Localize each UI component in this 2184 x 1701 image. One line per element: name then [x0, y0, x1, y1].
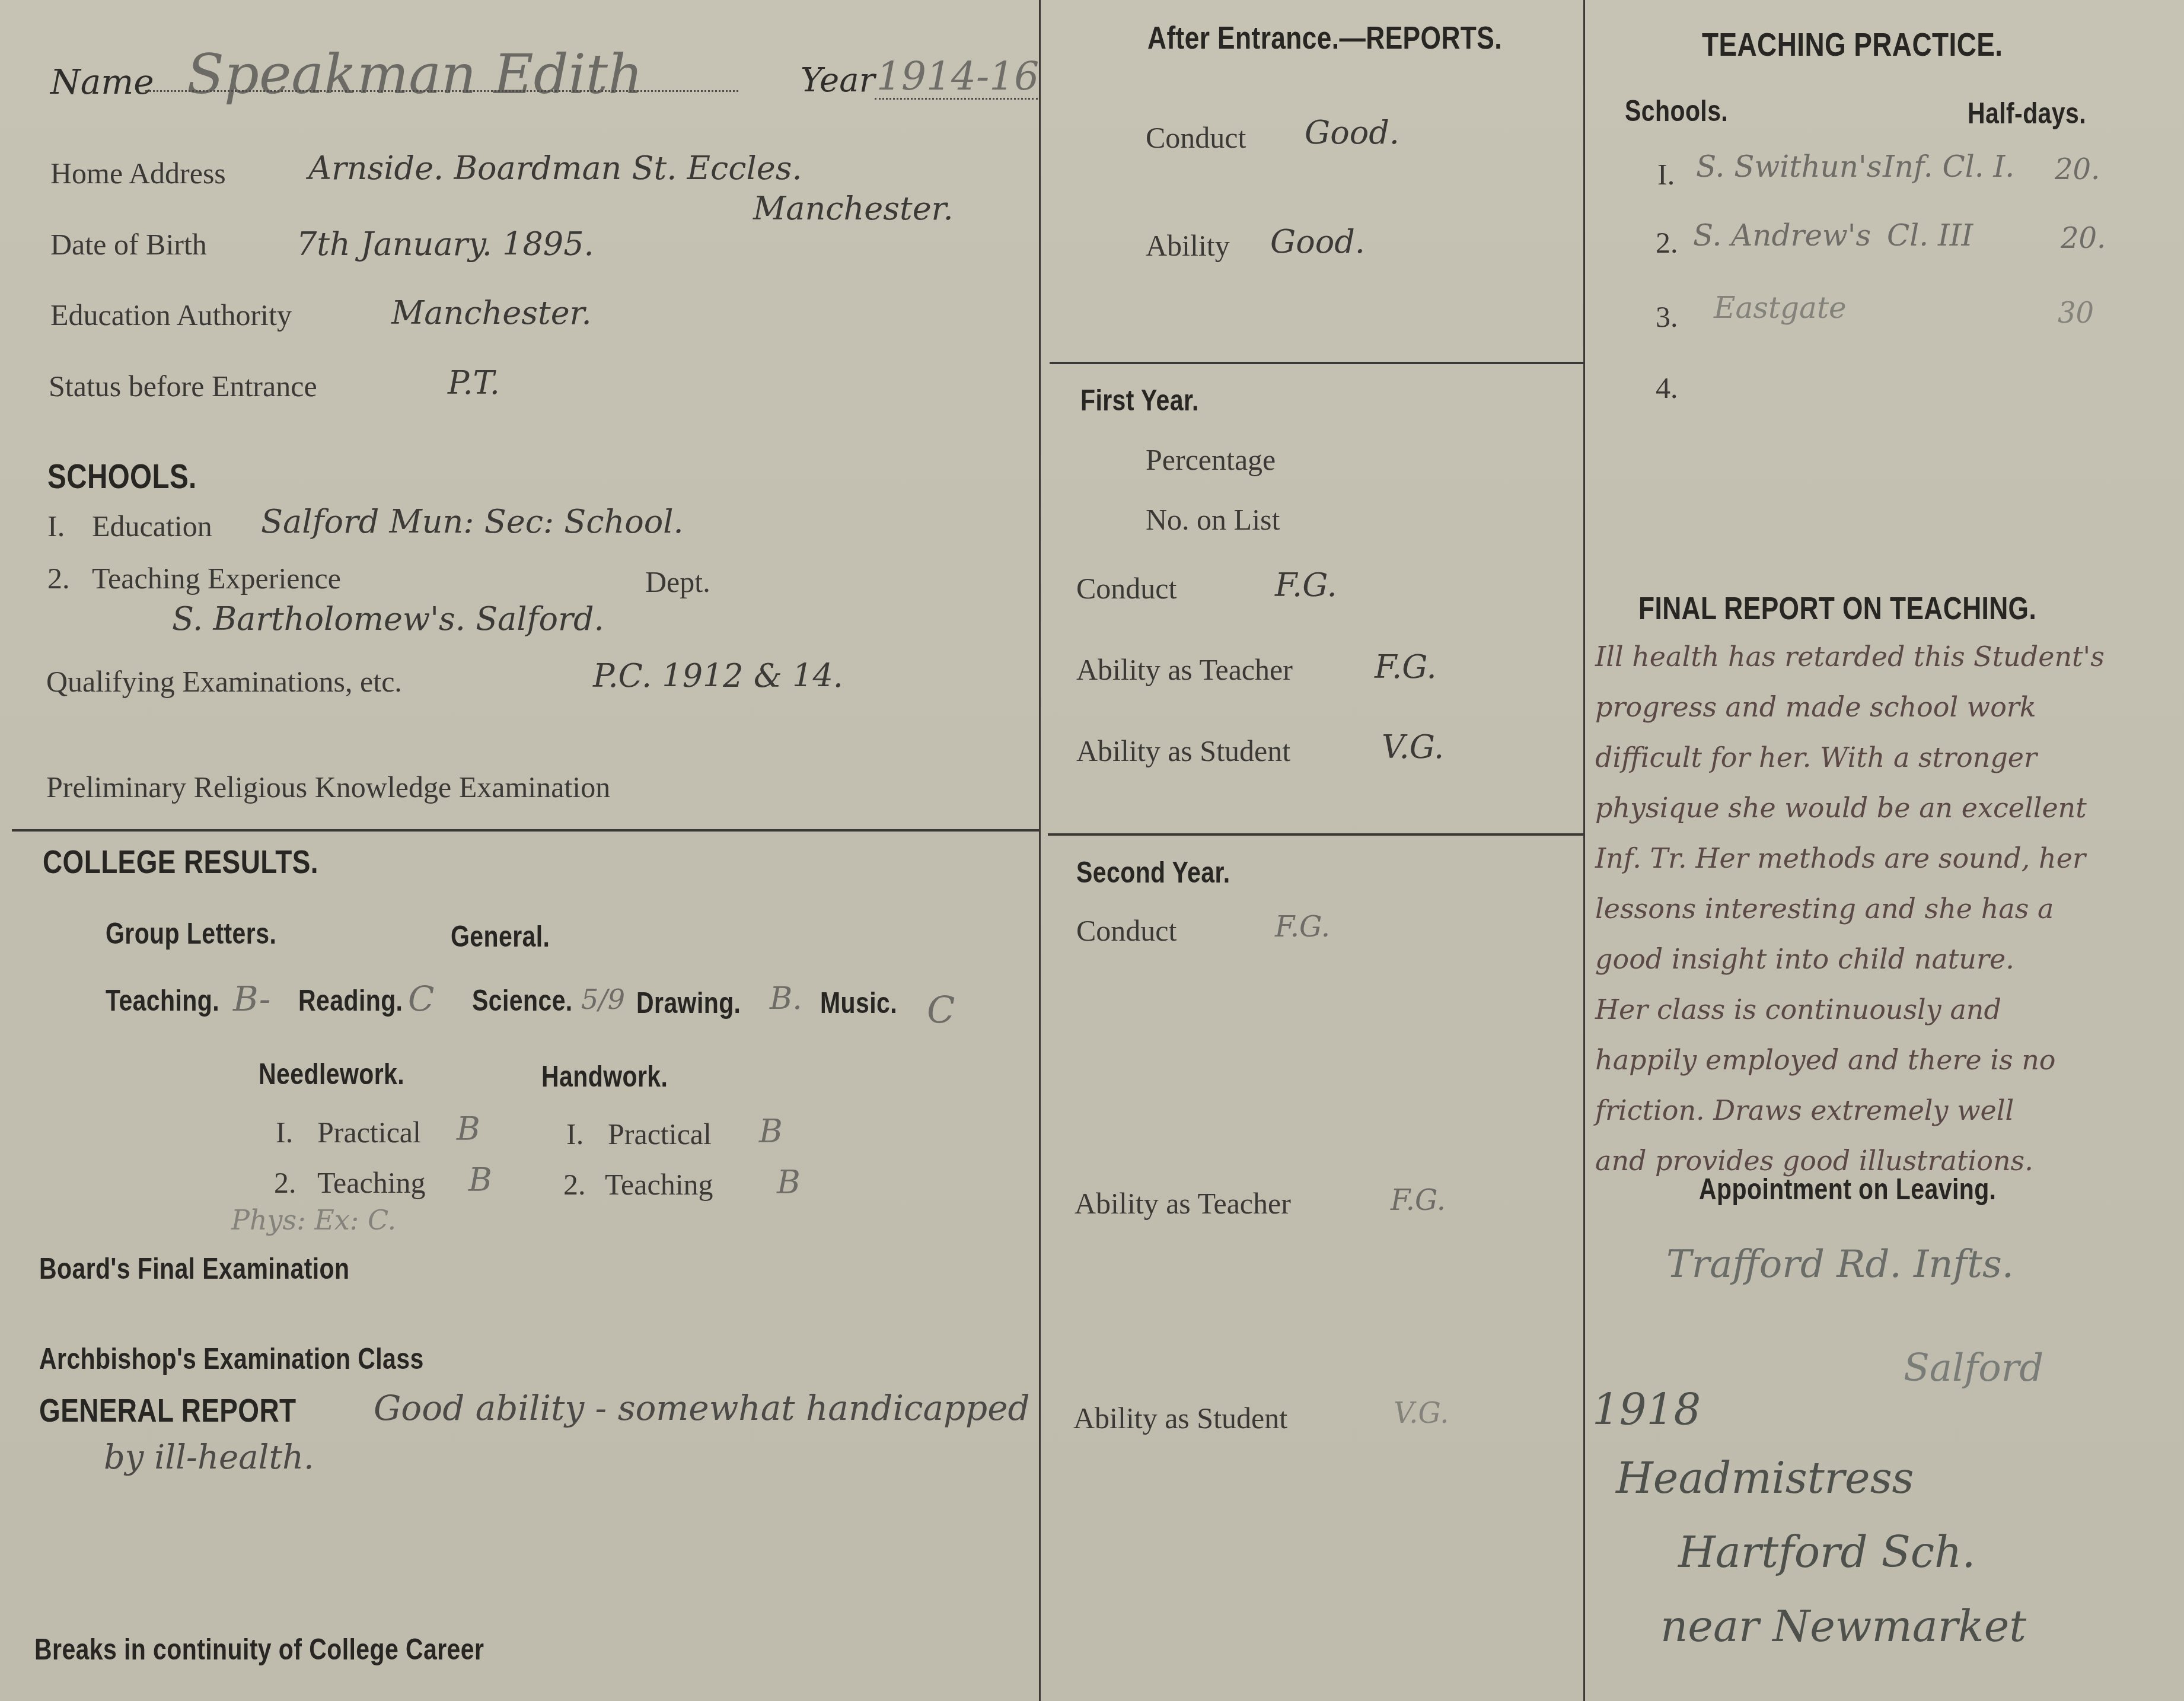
tp-row-2-school[interactable]: S. Andrew's — [1693, 218, 1871, 253]
archbishop-exam-label: Archbishop's Examination Class — [39, 1342, 424, 1376]
second-year-conduct-label: Conduct — [1076, 913, 1177, 948]
general-report-line2[interactable]: by ill-health. — [104, 1438, 314, 1477]
tp-row-2-num: 2. — [1656, 225, 1678, 260]
handwork-practical-num: I. — [566, 1117, 584, 1151]
qualifying-value[interactable]: P.C. 1912 & 14. — [593, 657, 843, 695]
reports-ability-value[interactable]: Good. — [1270, 223, 1365, 260]
second-year-heading: Second Year. — [1076, 855, 1230, 890]
first-year-heading: First Year. — [1080, 383, 1199, 418]
first-year-percentage-label: Percentage — [1146, 442, 1276, 477]
religious-exam-label: Preliminary Religious Knowledge Examinat… — [46, 770, 610, 804]
status-value[interactable]: P.T. — [448, 364, 500, 402]
appointment-line4[interactable]: Hartford Sch. — [1678, 1527, 1975, 1577]
general-report-line1[interactable]: Good ability - somewhat handicapped — [374, 1388, 1030, 1428]
schools-education-value[interactable]: Salford Mun: Sec: School. — [261, 503, 684, 540]
final-report-line: happily employed and there is no — [1595, 1035, 2164, 1085]
first-year-no-on-list-label: No. on List — [1146, 502, 1280, 537]
tp-row-2-halfdays[interactable]: 20. — [2061, 222, 2106, 255]
handwork-teaching-label: Teaching — [605, 1167, 713, 1202]
tp-row-3-halfdays[interactable]: 30 — [2058, 297, 2094, 330]
record-card: Name Speakman Edith Year 1914-16 Home Ad… — [0, 0, 2184, 1701]
tp-row-2-dept[interactable]: Cl. III — [1887, 218, 1973, 253]
tp-row-3-num: 3. — [1656, 300, 1678, 334]
subject-reading-label: Reading. — [298, 983, 403, 1018]
final-report-line: good insight into child nature. — [1595, 934, 2164, 985]
rule-mid-second-year — [1048, 833, 1584, 836]
needlework-teaching-value[interactable]: B — [468, 1161, 492, 1199]
tp-row-4-num: 4. — [1656, 371, 1678, 405]
rule-mid-first-year — [1050, 362, 1583, 364]
name-label: Name — [50, 62, 154, 102]
final-report-text[interactable]: Ill health has retarded this Student's p… — [1595, 632, 2164, 1186]
subject-music-value[interactable]: C — [927, 988, 955, 1031]
second-year-conduct-value[interactable]: F.G. — [1275, 910, 1330, 944]
second-year-teacher-value[interactable]: F.G. — [1391, 1184, 1446, 1217]
college-results-heading: COLLEGE RESULTS. — [43, 842, 318, 881]
second-year-student-label: Ability as Student — [1073, 1401, 1287, 1435]
handwork-practical-label: Practical — [608, 1117, 712, 1151]
final-report-line: friction. Draws extremely well — [1595, 1085, 2164, 1136]
breaks-label: Breaks in continuity of College Career — [34, 1632, 484, 1667]
appointment-line5[interactable]: near Newmarket — [1660, 1601, 2026, 1651]
phys-ex-note[interactable]: Phys: Ex: C. — [231, 1204, 396, 1236]
second-year-student-value[interactable]: V.G. — [1394, 1397, 1449, 1430]
first-year-student-value[interactable]: V.G. — [1382, 728, 1444, 766]
tp-halfdays-label: Half-days. — [1968, 96, 2086, 130]
appointment-heading: Appointment on Leaving. — [1699, 1172, 1996, 1206]
tp-row-3-school[interactable]: Eastgate — [1714, 291, 1847, 325]
reports-conduct-value[interactable]: Good. — [1305, 114, 1399, 151]
column-divider-left — [1039, 0, 1041, 1701]
group-letters-label: Group Letters. — [106, 916, 276, 951]
first-year-teacher-label: Ability as Teacher — [1076, 652, 1293, 687]
schools-teaching-label: Teaching Experience — [92, 561, 341, 595]
schools-heading: SCHOOLS. — [47, 457, 197, 496]
general-label: General. — [451, 919, 550, 954]
second-year-teacher-label: Ability as Teacher — [1075, 1186, 1291, 1221]
subject-music-label: Music. — [820, 986, 897, 1020]
schools-education-label: Education — [92, 509, 212, 543]
subject-teaching-label: Teaching. — [106, 983, 219, 1018]
final-report-line: progress and made school work — [1595, 682, 2164, 732]
first-year-teacher-value[interactable]: F.G. — [1375, 648, 1437, 686]
final-report-line: Inf. Tr. Her methods are sound, her — [1595, 833, 2164, 884]
final-report-line: Ill health has retarded this Student's — [1595, 632, 2164, 682]
qualifying-label: Qualifying Examinations, etc. — [46, 664, 402, 699]
needlework-practical-label: Practical — [317, 1115, 421, 1149]
dob-value[interactable]: 7th January. 1895. — [296, 225, 594, 263]
tp-row-1-num: I. — [1657, 157, 1675, 192]
first-year-student-label: Ability as Student — [1076, 734, 1290, 768]
column-divider-right — [1583, 0, 1585, 1701]
year-value[interactable]: 1914-16 — [876, 53, 1039, 99]
handwork-label: Handwork. — [541, 1059, 668, 1094]
year-field-line — [875, 98, 1038, 100]
boards-final-label: Board's Final Examination — [39, 1251, 349, 1286]
schools-teaching-value[interactable]: S. Bartholomew's. Salford. — [172, 600, 604, 638]
schools-teaching-num: 2. — [47, 561, 70, 595]
subject-drawing-value[interactable]: B. — [770, 981, 802, 1017]
tp-row-1-dept[interactable]: Inf. Cl. I. — [1883, 149, 2014, 184]
year-label: Year — [801, 61, 875, 100]
tp-schools-label: Schools. — [1625, 94, 1728, 128]
home-address-line1[interactable]: Arnside. Boardman St. Eccles. — [308, 149, 802, 187]
subject-science-label: Science. — [472, 983, 573, 1018]
reports-ability-label: Ability — [1146, 228, 1230, 263]
appointment-line1[interactable]: Trafford Rd. Infts. — [1666, 1243, 2014, 1286]
name-field-line — [145, 90, 738, 92]
needlework-practical-value[interactable]: B — [457, 1110, 480, 1148]
final-report-line: physique she would be an excellent — [1595, 783, 2164, 833]
name-value[interactable]: Speakman Edith — [187, 43, 643, 106]
schools-education-num: I. — [47, 509, 65, 543]
appointment-year[interactable]: 1918 — [1592, 1385, 1701, 1435]
needlework-teaching-label: Teaching — [317, 1165, 426, 1200]
reports-conduct-label: Conduct — [1146, 120, 1246, 155]
final-report-line: Her class is continuously and — [1595, 985, 2164, 1035]
rule-left-college — [12, 829, 1041, 832]
final-report-heading: FINAL REPORT ON TEACHING. — [1638, 590, 2036, 627]
appointment-line3[interactable]: Headmistress — [1616, 1453, 1914, 1503]
reports-heading: After Entrance.—REPORTS. — [1147, 20, 1502, 56]
tp-row-1-halfdays[interactable]: 20. — [2055, 153, 2100, 186]
home-address-line2[interactable]: Manchester. — [753, 190, 954, 227]
dob-label: Date of Birth — [50, 227, 207, 262]
first-year-conduct-value[interactable]: F.G. — [1275, 566, 1337, 604]
needlework-practical-num: I. — [276, 1115, 293, 1149]
home-address-label: Home Address — [50, 156, 226, 190]
teaching-practice-heading: TEACHING PRACTICE. — [1702, 25, 2003, 63]
education-authority-label: Education Authority — [50, 298, 292, 332]
subject-drawing-label: Drawing. — [636, 986, 741, 1020]
final-report-line: difficult for her. With a stronger — [1595, 732, 2164, 783]
general-report-label: GENERAL REPORT — [39, 1391, 296, 1429]
subject-reading-value[interactable]: C — [408, 979, 434, 1019]
subject-science-value[interactable]: 5/9 — [581, 983, 625, 1015]
handwork-teaching-num: 2. — [563, 1167, 586, 1202]
first-year-conduct-label: Conduct — [1076, 571, 1177, 606]
status-label: Status before Entrance — [49, 369, 317, 403]
needlework-label: Needlework. — [259, 1057, 404, 1091]
subject-teaching-value[interactable]: B- — [233, 979, 270, 1019]
schools-dept-label: Dept. — [645, 565, 710, 599]
handwork-teaching-value[interactable]: B — [777, 1164, 801, 1201]
handwork-practical-value[interactable]: B — [759, 1113, 783, 1150]
tp-row-1-school[interactable]: S. Swithun's — [1696, 149, 1882, 184]
appointment-line2[interactable]: Salford — [1904, 1346, 2043, 1390]
needlework-teaching-num: 2. — [274, 1165, 296, 1200]
education-authority-value[interactable]: Manchester. — [391, 294, 592, 332]
final-report-line: lessons interesting and she has a — [1595, 884, 2164, 934]
